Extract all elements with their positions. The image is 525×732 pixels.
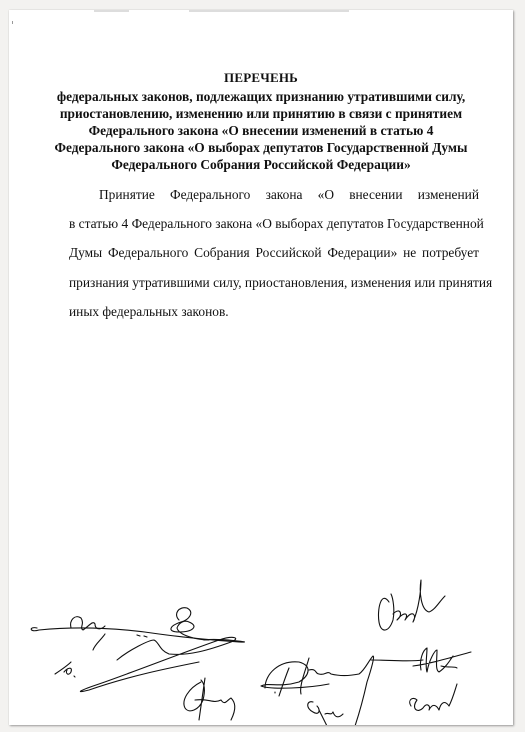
document-title: ПЕРЕЧЕНЬ — [9, 70, 513, 86]
document-subtitle: федеральных законов, подлежащих признани… — [49, 88, 473, 173]
signatures-block — [9, 550, 513, 725]
body-line: иных федеральных законов. — [69, 297, 479, 326]
scan-artifact — [189, 10, 349, 12]
subtitle-line: Федерального закона «О внесении изменени… — [49, 122, 473, 139]
body-paragraph: Принятие Федерального закона «О внесении… — [69, 180, 479, 326]
signature-4 — [80, 637, 235, 691]
signature-9 — [410, 648, 471, 710]
signature-8 — [308, 702, 343, 725]
subtitle-line: приостановлению, изменению или принятию … — [49, 105, 473, 122]
document-page: ПЕРЕЧЕНЬ федеральных законов, подлежащих… — [9, 10, 513, 725]
scan-artifact — [12, 21, 13, 24]
body-line: Думы Федерального Собрания Российской Фе… — [69, 238, 479, 267]
subtitle-line: федеральных законов, подлежащих признани… — [49, 88, 473, 105]
signature-5 — [184, 678, 235, 725]
scan-artifact — [94, 10, 129, 12]
signature-3 — [55, 662, 75, 677]
subtitle-line: Федерального закона «О выборах депутатов… — [49, 139, 473, 156]
subtitle-line: Федерального Собрания Российской Федерац… — [49, 156, 473, 173]
body-line: признания утратившими силу, приостановле… — [69, 268, 479, 297]
body-line: Принятие Федерального закона «О внесении… — [69, 180, 479, 209]
body-line: в статью 4 Федерального закона «О выбора… — [69, 209, 479, 238]
signature-2 — [171, 608, 209, 640]
signature-6 — [378, 580, 445, 630]
signature-1 — [31, 617, 244, 650]
